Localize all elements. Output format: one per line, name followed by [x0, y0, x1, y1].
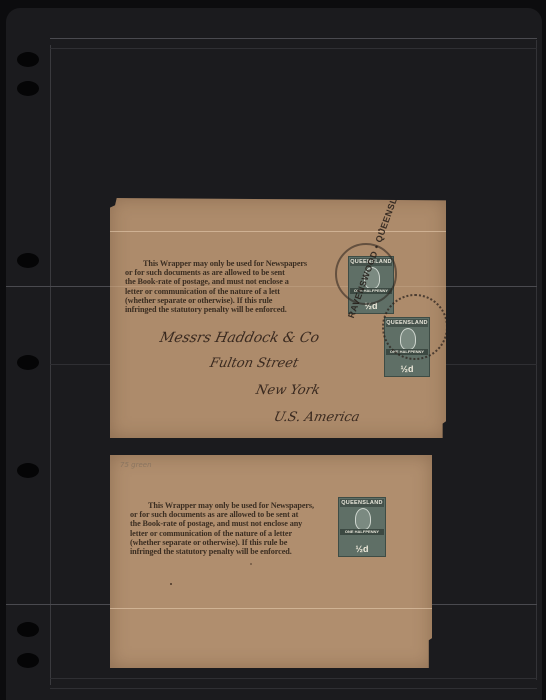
address-line: U.S. America [272, 410, 361, 425]
stamp-denomination: ONE HALFPENNY [340, 529, 384, 535]
notice-line: letter or communication of the nature of… [125, 287, 343, 296]
pencil-note: 75 green [120, 461, 152, 469]
notice-line: the Book-rate of postage, and must not e… [130, 519, 342, 528]
binder-hole [17, 463, 39, 478]
strip-edge [50, 688, 537, 689]
binder-hole [17, 52, 39, 67]
stamp-value: ½d [385, 364, 429, 374]
wrapper-notice: This Wrapper may only be used for Newspa… [130, 501, 342, 556]
binder-hole [17, 622, 39, 637]
binder-hole [17, 253, 39, 268]
wrapper-notice: This Wrapper may only be used for Newspa… [125, 259, 343, 314]
strip-edge [50, 678, 537, 679]
address-line: New York [254, 383, 321, 398]
notice-line: This Wrapper may only be used for Newspa… [130, 501, 342, 510]
paper-spot [170, 583, 172, 585]
strip-edge [50, 48, 537, 49]
queen-portrait-icon [355, 508, 371, 530]
strip-left-border [50, 45, 51, 685]
binder-hole [17, 81, 39, 96]
fold-line [110, 608, 432, 609]
postmark-circle [382, 294, 448, 360]
unused-newspaper-wrapper: 75 green This Wrapper may only be used f… [110, 455, 432, 668]
notice-line: infringed the statutory penalty will be … [130, 547, 342, 556]
binder-hole [17, 653, 39, 668]
paper-spot [250, 563, 252, 565]
notice-line: or for such documents as are allowed to … [130, 510, 342, 519]
ink-spot [378, 229, 380, 231]
notice-line: (whether separate or otherwise). If this… [125, 296, 343, 305]
notice-line: (whether separate or otherwise). If this… [130, 538, 342, 547]
imprinted-stamp: QUEENSLAND ONE HALFPENNY ½d [338, 497, 386, 557]
stamp-country: QUEENSLAND [340, 499, 384, 507]
stamp-value: ½d [339, 544, 385, 554]
address-line: Messrs Haddock & Co [158, 330, 320, 346]
notice-line: letter or communication of the nature of… [130, 529, 342, 538]
notice-line: infringed the statutory penalty will be … [125, 305, 343, 314]
notice-line: or for such documents as are allowed to … [125, 268, 343, 277]
binder-hole [17, 355, 39, 370]
notice-line: This Wrapper may only be used for Newspa… [125, 259, 343, 268]
notice-line: the Book-rate of postage, and must not e… [125, 277, 343, 286]
strip-edge [50, 38, 537, 39]
address-line: Fulton Street [208, 356, 299, 371]
fold-line [110, 231, 446, 232]
used-newspaper-wrapper: This Wrapper may only be used for Newspa… [110, 198, 446, 438]
strip-right-border [536, 40, 537, 680]
